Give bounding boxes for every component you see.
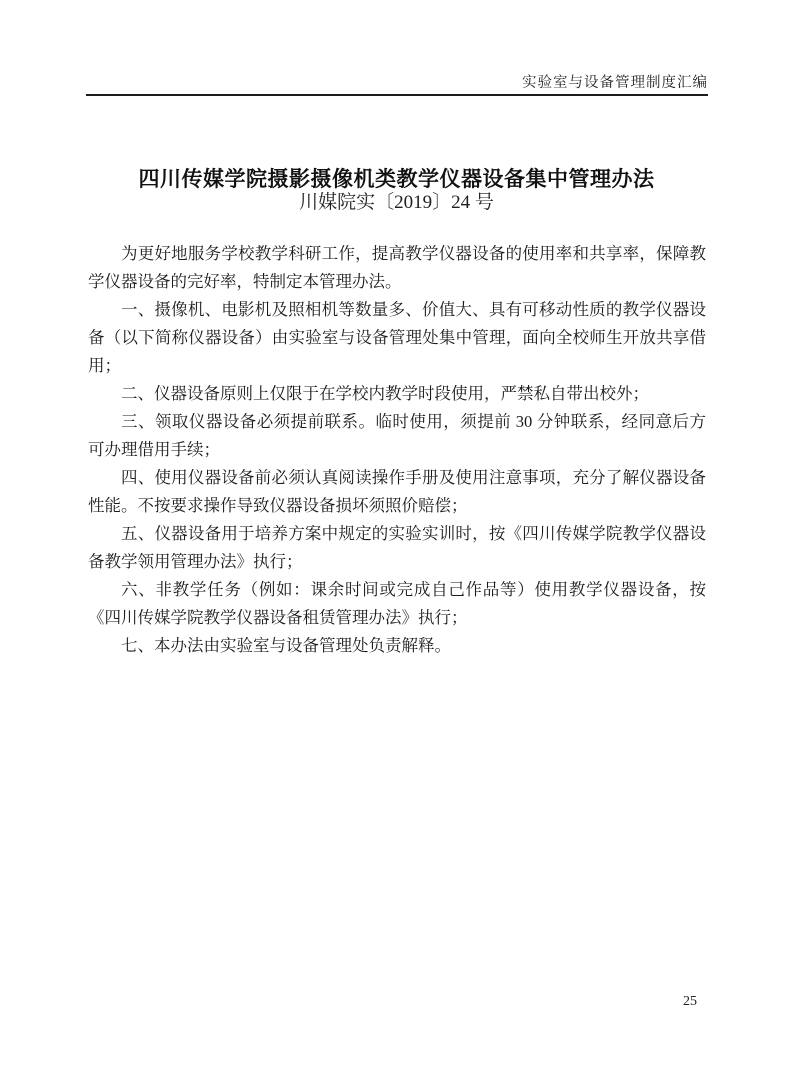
body-paragraph-clause-3: 三、领取仪器设备必须提前联系。临时使用，须提前 30 分钟联系，经同意后方可办理… <box>88 408 706 464</box>
page-number: 25 <box>0 994 697 1010</box>
body-paragraph-clause-1: 一、摄像机、电影机及照相机等数量多、价值大、具有可移动性质的教学仪器设备（以下简… <box>88 296 706 380</box>
body-paragraph-intro: 为更好地服务学校教学科研工作，提高教学仪器设备的使用率和共享率，保障教学仪器设备… <box>88 240 706 296</box>
body-paragraph-clause-2: 二、仪器设备原则上仅限于在学校内教学时段使用，严禁私自带出校外； <box>88 380 706 408</box>
body-paragraph-clause-6: 六、非教学任务（例如：课余时间或完成自己作品等）使用教学仪器设备，按《四川传媒学… <box>88 576 706 632</box>
document-number: 川媒院实〔2019〕24 号 <box>0 189 793 217</box>
document-page: 实验室与设备管理制度汇编 四川传媒学院摄影摄像机类教学仪器设备集中管理办法 川媒… <box>0 0 793 1077</box>
document-body: 为更好地服务学校教学科研工作，提高教学仪器设备的使用率和共享率，保障教学仪器设备… <box>88 240 706 660</box>
running-header: 实验室与设备管理制度汇编 <box>86 71 708 92</box>
header-divider <box>86 94 708 96</box>
body-paragraph-clause-7: 七、本办法由实验室与设备管理处负责解释。 <box>88 632 706 660</box>
body-paragraph-clause-5: 五、仪器设备用于培养方案中规定的实验实训时，按《四川传媒学院教学仪器设备教学领用… <box>88 520 706 576</box>
body-paragraph-clause-4: 四、使用仪器设备前必须认真阅读操作手册及使用注意事项，充分了解仪器设备性能。不按… <box>88 464 706 520</box>
